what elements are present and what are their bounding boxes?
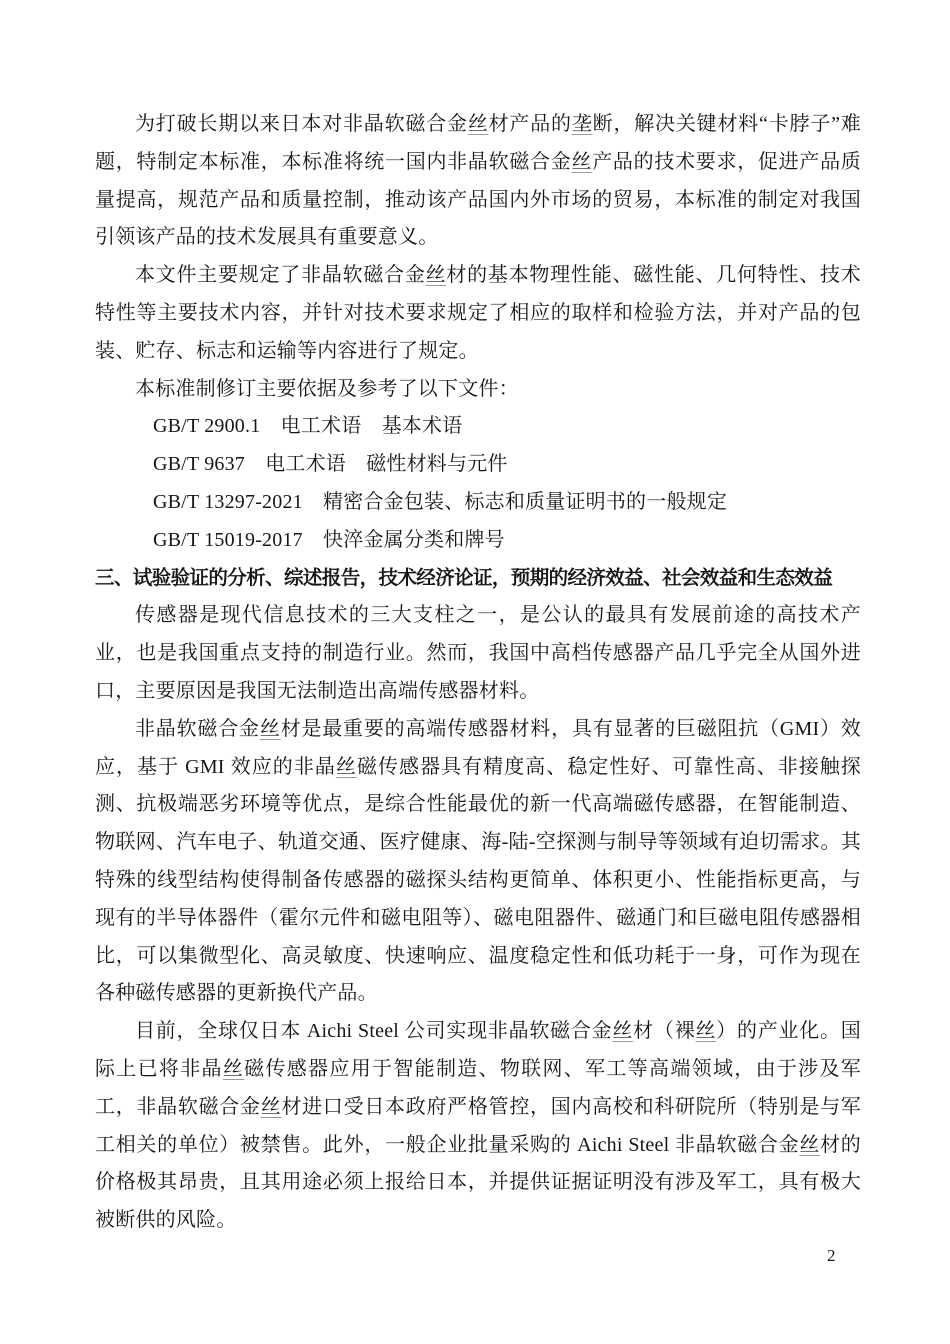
spellcheck-underline-text: 丝 [336, 756, 357, 778]
spellcheck-underline-text: 丝 [695, 1020, 716, 1042]
paragraph-text: 传感器是现代信息技术的三大支柱之一，是公认的最具有发展前途的高技术产业，也是我国… [95, 604, 861, 702]
paragraph-text: GB/T 9637 电工术语 磁性材料与元件 [153, 453, 508, 475]
spellcheck-underline-text: 丝 [260, 718, 281, 740]
paragraph-text: 为打破长期以来日本对非晶软磁合金 [135, 113, 468, 135]
paragraph-text: 本标准制修订主要依据及参考了以下文件： [135, 378, 519, 400]
reference-line: GB/T 2900.1 电工术语 基本术语 [95, 408, 861, 446]
paragraph-text: GB/T 15019-2017 快淬金属分类和牌号 [153, 529, 505, 551]
section-heading: 三、试验验证的分析、综述报告，技术经济论证，预期的经济效益、社会效益和生态效益 [95, 560, 861, 598]
paragraph-text: 非晶软磁合金 [135, 718, 260, 740]
spellcheck-underline-text: 丝 [468, 113, 489, 135]
body-paragraph: 本标准制修订主要依据及参考了以下文件： [95, 371, 861, 409]
paragraph-text: 材产品的 [489, 113, 572, 135]
paragraph-text: GB/T 13297-2021 精密合金包装、标志和质量证明书的一般规定 [153, 491, 727, 513]
spellcheck-underline-text: 丝 [426, 264, 447, 286]
paragraph-text: 本文件主要规定了非晶软磁合金 [135, 264, 426, 286]
paragraph-text: 磁传感器具有精度高、稳定性好、可靠性高、非接触探测、抗极端恶劣环境等优点，是综合… [95, 756, 861, 1005]
page-number: 2 [827, 1244, 836, 1268]
body-paragraph: 传感器是现代信息技术的三大支柱之一，是公认的最具有发展前途的高技术产业，也是我国… [95, 597, 861, 710]
spellcheck-underline-text: 垄 [572, 113, 593, 135]
document-page: 为打破长期以来日本对非晶软磁合金丝材产品的垄断，解决关键材料“卡脖子”难题，特制… [0, 0, 950, 1344]
body-paragraph: 本文件主要规定了非晶软磁合金丝材的基本物理性能、磁性能、几何特性、技术特性等主要… [95, 257, 861, 370]
spellcheck-underline-text: 丝 [571, 151, 592, 173]
spellcheck-underline-text: 丝 [261, 1096, 282, 1118]
paragraph-text: 目前，全球仅日本 Aichi Steel 公司实现非晶软磁合金 [135, 1020, 612, 1042]
document-body: 为打破长期以来日本对非晶软磁合金丝材产品的垄断，解决关键材料“卡脖子”难题，特制… [95, 106, 861, 1240]
body-paragraph: 为打破长期以来日本对非晶软磁合金丝材产品的垄断，解决关键材料“卡脖子”难题，特制… [95, 106, 861, 257]
spellcheck-underline-text: 丝 [612, 1020, 633, 1042]
paragraph-text: GB/T 2900.1 电工术语 基本术语 [153, 415, 462, 437]
body-paragraph: 非晶软磁合金丝材是最重要的高端传感器材料，具有显著的巨磁阻抗（GMI）效应，基于… [95, 711, 861, 1013]
paragraph-text: 材（裸 [633, 1020, 695, 1042]
reference-line: GB/T 13297-2021 精密合金包装、标志和质量证明书的一般规定 [95, 484, 861, 522]
reference-line: GB/T 15019-2017 快淬金属分类和牌号 [95, 522, 861, 560]
body-paragraph: 目前，全球仅日本 Aichi Steel 公司实现非晶软磁合金丝材（裸丝）的产业… [95, 1013, 861, 1240]
reference-line: GB/T 9637 电工术语 磁性材料与元件 [95, 446, 861, 484]
paragraph-text: 三、试验验证的分析、综述报告，技术经济论证，预期的经济效益、社会效益和生态效益 [95, 568, 832, 589]
spellcheck-underline-text: 丝 [223, 1058, 244, 1080]
spellcheck-underline-text: 丝 [799, 1134, 820, 1156]
